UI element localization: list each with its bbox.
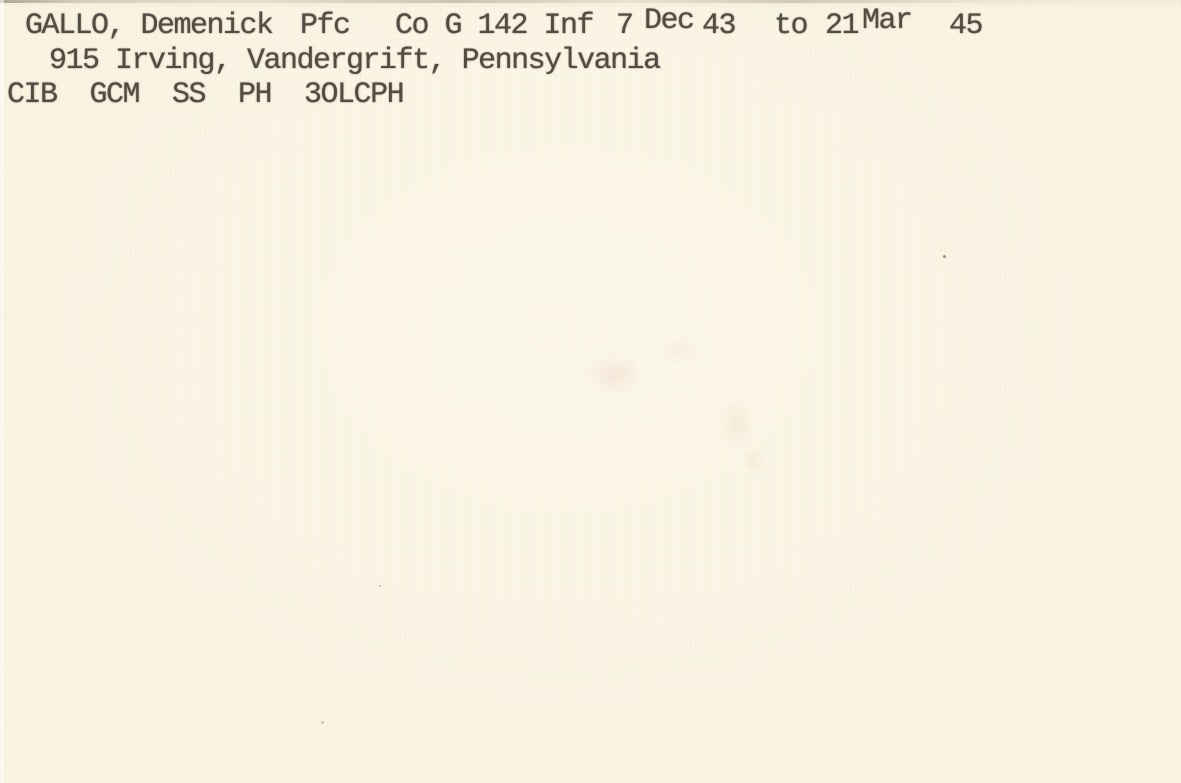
service-end-month: Mar: [862, 4, 912, 38]
service-start-month: Dec: [644, 4, 694, 38]
pink-smudge-stain: [510, 315, 800, 480]
paper-speck: [943, 255, 946, 258]
index-card: GALLO, Demenick Pfc Co G 142 Inf 7 Dec 4…: [0, 0, 1181, 783]
service-end-day: 21: [825, 9, 858, 43]
soldier-name: GALLO, Demenick: [25, 9, 273, 43]
paper-speck: [379, 585, 381, 587]
date-range-to: to: [774, 9, 807, 43]
rank: Pfc: [300, 9, 350, 43]
typed-line-name-unit-dates: GALLO, Demenick Pfc Co G 142 Inf 7 Dec 4…: [0, 9, 1181, 45]
paper-speck: [321, 721, 324, 724]
typed-line-awards: CIB GCM SS PH 3OLCPH: [7, 78, 403, 112]
service-end-year: 45: [949, 9, 982, 43]
service-start-day: 7: [616, 9, 633, 43]
service-start-year: 43: [702, 9, 735, 43]
scan-top-edge-shadow: [0, 0, 1120, 3]
typed-line-address: 915 Irving, Vandergrift, Pennsylvania: [49, 44, 660, 78]
unit: Co G 142 Inf: [395, 9, 593, 43]
